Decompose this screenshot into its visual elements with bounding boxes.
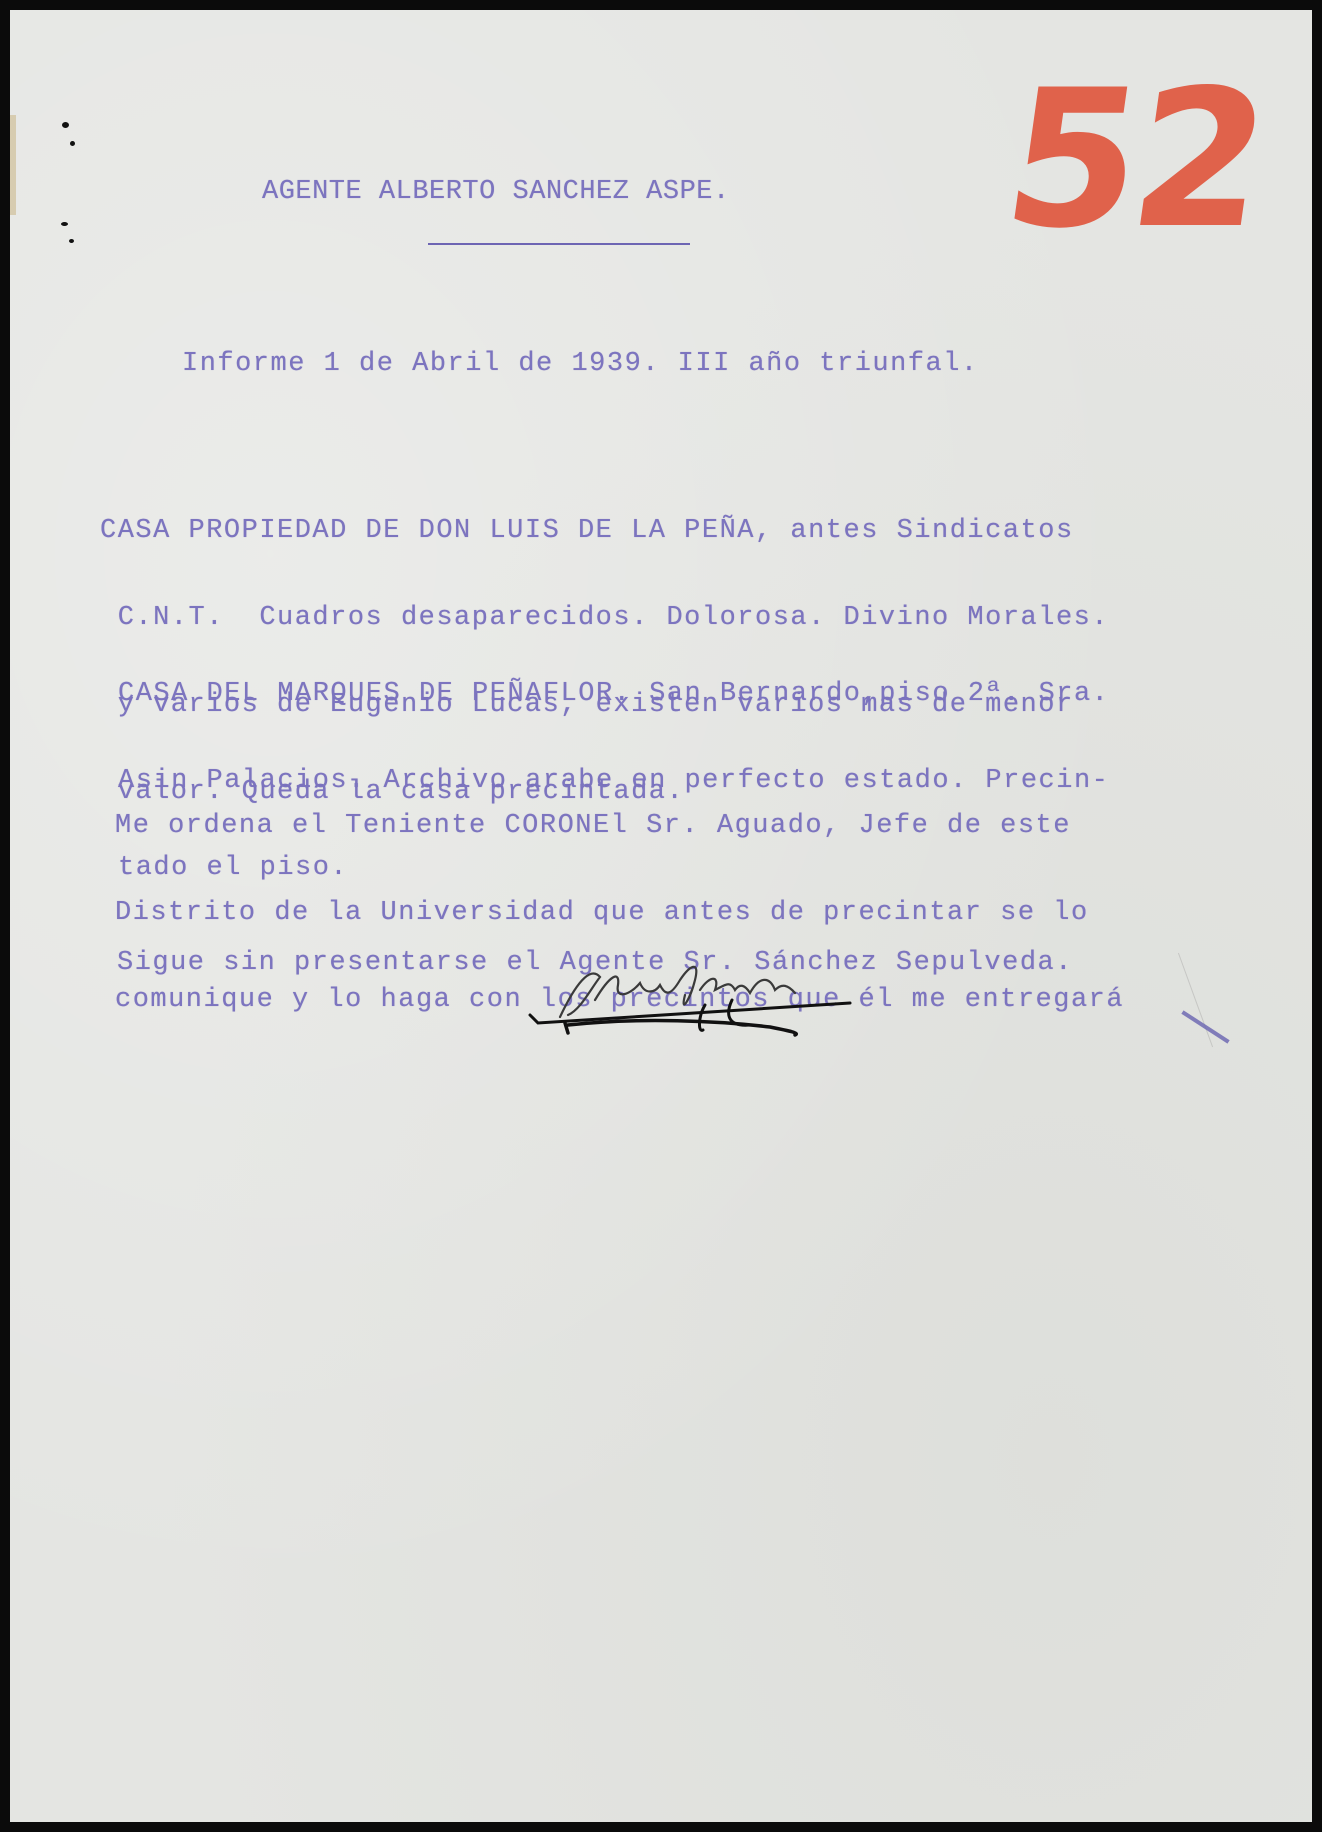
folio-number: 52	[995, 70, 1273, 250]
paragraph-line: Me ordena el Teniente CORONEl Sr. Aguado…	[115, 812, 1124, 841]
report-date-line: Informe 1 de Abril de 1939. III año triu…	[182, 350, 979, 379]
paragraph-line: CASA PROPIEDAD DE DON LUIS DE LA PEÑA, a…	[100, 517, 1109, 546]
paper-edge-tear	[10, 115, 16, 215]
punch-hole-icon	[69, 239, 74, 243]
paragraph-line: CASA DEL MARQUES DE PEÑAFLOR. San Bernar…	[118, 680, 1109, 709]
punch-hole-icon	[70, 141, 75, 146]
document-title: AGENTE ALBERTO SANCHEZ ASPE.	[262, 178, 730, 207]
punch-hole-icon	[62, 122, 69, 128]
title-underline	[428, 243, 690, 245]
signature-icon	[520, 955, 860, 1065]
punch-hole-icon	[61, 222, 68, 226]
